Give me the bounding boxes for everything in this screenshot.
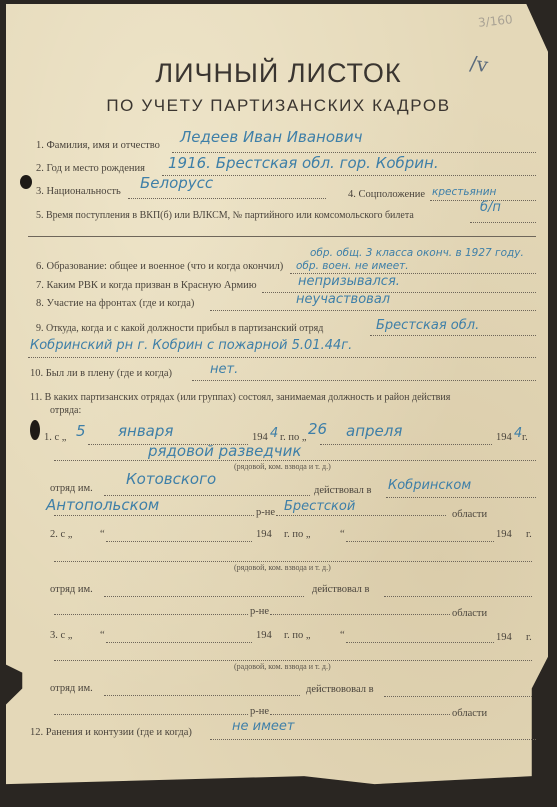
det2-district-label: р-не — [250, 606, 269, 617]
field-4-value[interactable]: крестьянин — [432, 186, 496, 198]
det2-from-date-field[interactable] — [106, 541, 252, 542]
field-2-line — [162, 175, 536, 176]
field-1-line — [172, 152, 536, 153]
det3-year-suffix: г. — [526, 632, 532, 643]
field-8-line — [210, 310, 536, 311]
det2-to-label: г. по „ — [284, 529, 311, 540]
field-4-label: 4. Соцположение — [348, 189, 425, 200]
det1-position[interactable]: рядовой разведчик — [148, 442, 301, 460]
det2-position-caption: (рядовой, ком. взвода и т. д.) — [234, 563, 331, 572]
det3-position-field[interactable] — [54, 660, 532, 661]
field-10-value[interactable]: нет. — [210, 362, 238, 377]
field-2-value[interactable]: 1916. Брестская обл. гор. Кобрин. — [168, 154, 439, 172]
det1-to-day[interactable]: 26 — [308, 420, 327, 438]
field-6-label: 6. Образование: общее и военное (что и к… — [36, 261, 283, 272]
det3-operated-label: действововал в — [306, 684, 374, 695]
field-11-label-line2: отряда: — [50, 405, 81, 416]
det1-to-month[interactable]: апреля — [346, 422, 402, 440]
field-5-line — [470, 222, 536, 223]
det1-from-month[interactable]: января — [118, 422, 173, 440]
det3-year-prefix: 194 — [256, 630, 272, 641]
det1-detachment-label: отряд им. — [50, 483, 93, 494]
det2-to-date-field[interactable] — [346, 541, 494, 542]
det1-region-value[interactable]: Брестской — [284, 499, 355, 514]
det3-position-caption: (радовой, ком. взвода и т. д.) — [234, 662, 331, 671]
det3-detachment-label: отряд им. — [50, 683, 93, 694]
field-5-value[interactable]: б/п — [480, 200, 501, 215]
det1-from-day[interactable]: 5 — [76, 422, 86, 440]
det2-detachment-label: отряд им. — [50, 584, 93, 595]
field-3-value[interactable]: Белорусс — [140, 174, 213, 192]
document-title: ЛИЧНЫЙ ЛИСТОК — [0, 58, 557, 89]
det2-from-label: 2. с „ — [50, 529, 72, 540]
field-11-label-line1: 11. В каких партизанских отрядах (или гр… — [30, 392, 450, 403]
field-6-value-line2[interactable]: обр. воен. не имеет. — [296, 260, 409, 272]
ink-blot — [30, 420, 40, 440]
det1-operated-label: действовал в — [314, 485, 371, 496]
det2-quote-2: “ — [340, 529, 345, 540]
det3-quote-2: “ — [340, 630, 345, 641]
ink-blot — [20, 175, 32, 189]
det3-quote: “ — [100, 630, 105, 641]
det2-region-field[interactable] — [270, 614, 450, 615]
field-1-label: 1. Фамилия, имя и отчество — [36, 140, 160, 151]
det3-operated-field[interactable] — [384, 696, 532, 697]
det2-quote: “ — [100, 529, 105, 540]
field-2-label: 2. Год и место рождения — [36, 163, 145, 174]
det1-position-line — [54, 460, 536, 461]
field-7-label: 7. Каким РВК и когда призван в Красную А… — [36, 280, 257, 291]
det1-to-line — [320, 444, 492, 445]
det2-position-field[interactable] — [54, 561, 532, 562]
field-12-label: 12. Ранения и контузии (где и когда) — [30, 727, 192, 738]
det2-detachment-field[interactable] — [104, 596, 304, 597]
det3-to-date-field[interactable] — [346, 642, 494, 643]
field-7-value[interactable]: непризывался. — [298, 274, 400, 289]
det1-from-label: 1. с „ — [44, 432, 66, 443]
document-subtitle: ПО УЧЕТУ ПАРТИЗАНСКИХ КАДРОВ — [0, 96, 557, 116]
det1-position-caption: (рядовой, ком. взвода и т. д.) — [234, 462, 331, 471]
field-10-line — [192, 380, 536, 381]
det3-detachment-field[interactable] — [104, 695, 300, 696]
det3-region-label: области — [452, 708, 487, 719]
det3-district-label: р-не — [250, 706, 269, 717]
det2-district-field[interactable] — [54, 614, 248, 615]
det1-region-line — [276, 515, 446, 516]
det1-operated-value[interactable]: Кобринском — [388, 478, 471, 493]
field-5-continuation-line — [28, 236, 536, 237]
det3-to-label: г. по „ — [284, 630, 311, 641]
det3-from-label: 3. с „ — [50, 630, 72, 641]
det2-region-label: области — [452, 608, 487, 619]
field-6-value-line1[interactable]: обр. общ. 3 класса оконч. в 1927 году. — [310, 247, 524, 259]
det1-year-prefix-2: 194 — [496, 432, 512, 443]
field-8-value[interactable]: неучаствовал — [296, 292, 390, 307]
det1-detachment-name[interactable]: Котовского — [126, 470, 216, 488]
det1-district-label: р-не — [256, 507, 275, 518]
field-9-value-line2[interactable]: Кобринский рн г. Кобрин с пожарной 5.01.… — [30, 338, 352, 353]
field-12-value[interactable]: не имеет — [232, 719, 294, 734]
field-9-value-line1[interactable]: Брестская обл. — [376, 318, 479, 333]
field-3-label: 3. Национальность — [36, 186, 121, 197]
det2-year-prefix: 194 — [256, 529, 272, 540]
det1-year-suffix: г. — [522, 432, 528, 443]
det3-district-field[interactable] — [54, 714, 248, 715]
det1-operated-line — [386, 497, 536, 498]
field-9-label: 9. Откуда, когда и с какой должности при… — [36, 323, 323, 334]
det1-district-line — [54, 515, 254, 516]
field-1-value[interactable]: Ледеев Иван Иванович — [180, 128, 362, 146]
det1-region-label: области — [452, 509, 487, 520]
det2-year-prefix-2: 194 — [496, 529, 512, 540]
field-10-label: 10. Был ли в плену (где и когда) — [30, 368, 172, 379]
field-9-continuation-line — [28, 357, 536, 358]
det3-from-date-field[interactable] — [106, 642, 252, 643]
det3-year-prefix-2: 194 — [496, 632, 512, 643]
field-8-label: 8. Участие на фронтах (где и когда) — [36, 298, 194, 309]
det2-operated-label: действовал в — [312, 584, 369, 595]
field-3-line — [128, 198, 326, 199]
det3-region-field[interactable] — [270, 714, 450, 715]
det2-year-suffix: г. — [526, 529, 532, 540]
field-9-line — [370, 335, 536, 336]
field-12-line — [210, 739, 536, 740]
field-5-label: 5. Время поступления в ВКП(б) или ВЛКСМ,… — [36, 210, 414, 221]
det1-district-value[interactable]: Антопольском — [46, 496, 159, 514]
det2-operated-field[interactable] — [384, 596, 532, 597]
det1-from-year[interactable]: 4 — [270, 426, 278, 441]
